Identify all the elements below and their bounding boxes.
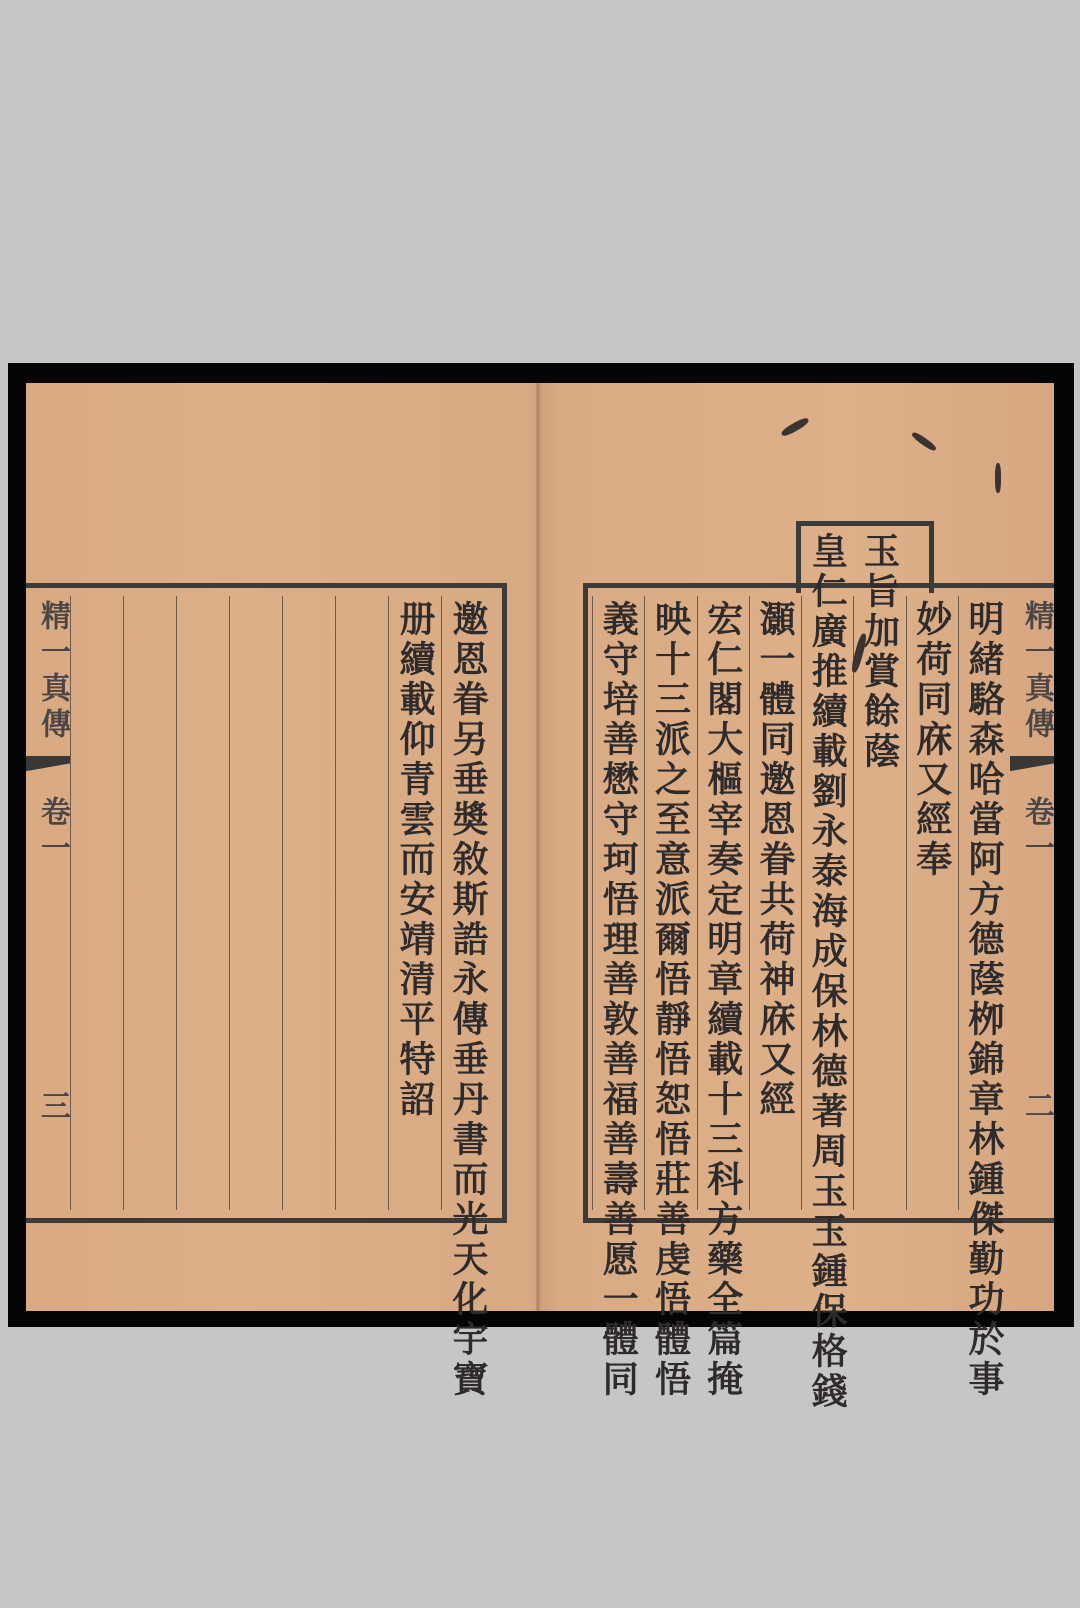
right-page-frame: 精一真傳 卷一 二 明緒駱森哈當阿方德蔭栁錦章林鍾傑勤功於事 妙荷同庥又經奉 玉… [583,583,1054,1223]
text-column: 明緒駱森哈當阿方德蔭栁錦章林鍾傑勤功於事 [958,596,1010,1210]
wormhole-damage [780,416,810,438]
wormhole-damage [911,431,938,453]
right-text-columns: 明緒駱森哈當阿方德蔭栁錦章林鍾傑勤功於事 妙荷同庥又經奉 玉旨加賞餘蔭 皇仁廣推… [592,596,1010,1210]
text-column: 灝一體同邀恩眷共荷神庥又經 [749,596,801,1210]
right-page: 精一真傳 卷一 二 明緒駱森哈當阿方德蔭栁錦章林鍾傑勤功於事 妙荷同庥又經奉 玉… [540,383,1054,1311]
text-column: 邀恩眷另垂奬敘斯誥永傳垂丹書而光天化宇寶 [441,596,494,1210]
text-column-raised: 皇仁廣推續載劉永泰海成保林德著周玉玉鍾保格錢 [801,596,853,1210]
book-spread: 精一真傳 卷一 三 邀恩眷另垂奬敘斯誥永傳垂丹書而光天化宇寶 册續載仰青雲而安靖… [26,383,1054,1311]
fish-tail-ornament [1010,756,1054,778]
right-banxin: 精一真傳 卷一 二 [1010,596,1054,1210]
left-page-frame: 精一真傳 卷一 三 邀恩眷另垂奬敘斯誥永傳垂丹書而光天化宇寶 册續載仰青雲而安靖… [26,583,507,1223]
right-banxin-title: 精一真傳 [1014,600,1058,744]
right-banxin-juan: 卷一 [1014,796,1058,868]
left-banxin: 精一真傳 卷一 三 [26,596,70,1210]
text-column-raised: 玉旨加賞餘蔭 [853,596,905,1210]
text-column: 册續載仰青雲而安靖清平特詔 [388,596,441,1210]
text-column: 映十三派之至意派爾悟靜悟恕悟莊善虔悟體悟 [644,596,696,1210]
text-column [123,596,176,1210]
left-banxin-juan: 卷一 [30,796,74,868]
text-column [282,596,335,1210]
left-text-columns: 邀恩眷另垂奬敘斯誥永傳垂丹書而光天化宇寶 册續載仰青雲而安靖清平特詔 [70,596,494,1210]
fish-tail-ornament [26,756,70,778]
text-column [229,596,282,1210]
left-page: 精一真傳 卷一 三 邀恩眷另垂奬敘斯誥永傳垂丹書而光天化宇寶 册續載仰青雲而安靖… [26,383,538,1311]
left-banxin-title: 精一真傳 [30,600,74,744]
text-column: 義守培善懋守珂悟理善敦善福善壽善愿一體同 [592,596,644,1210]
left-page-number: 三 [30,1090,74,1120]
wormhole-damage [995,463,1001,493]
text-column [335,596,388,1210]
text-column [70,596,123,1210]
text-column: 妙荷同庥又經奉 [906,596,958,1210]
text-column: 宏仁閣大樞宰奏定明章續載十三科方藥全篇掩 [697,596,749,1210]
right-page-number: 二 [1014,1090,1058,1120]
text-column [176,596,229,1210]
